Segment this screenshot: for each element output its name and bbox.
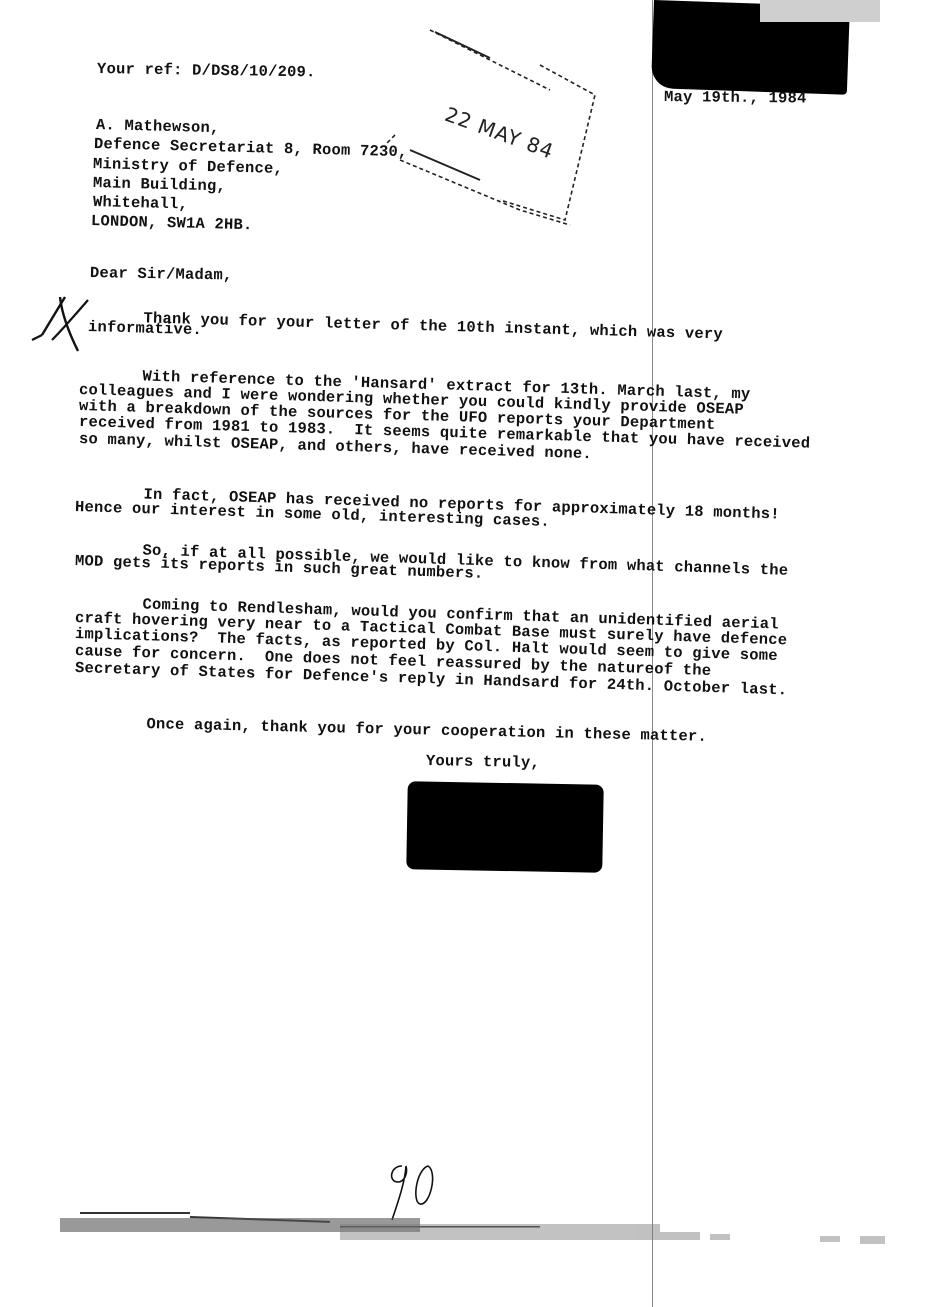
address-line: Whitehall, [93, 193, 188, 213]
paragraph-line: Once again, thank you for your cooperati… [99, 714, 707, 746]
letter-date: May 19th., 1984 [664, 88, 807, 107]
reference-line: Your ref: D/DS8/10/209. [97, 60, 316, 81]
scan-noise-band [0, 1200, 928, 1260]
address-line: LONDON, SW1A 2HB. [91, 212, 253, 234]
address-line: A. Mathewson, [96, 116, 220, 137]
signature-redaction [406, 781, 604, 872]
salutation: Dear Sir/Madam, [90, 264, 233, 284]
paragraph-line: informative. [88, 318, 202, 339]
closing: Yours truly, [426, 752, 540, 772]
redaction-noise-top [760, 0, 880, 22]
scanned-letter-page: 22 MAY 84 Your ref: D/DS8/10/209. May 19… [0, 0, 928, 1307]
address-line: Main Building, [93, 174, 226, 195]
